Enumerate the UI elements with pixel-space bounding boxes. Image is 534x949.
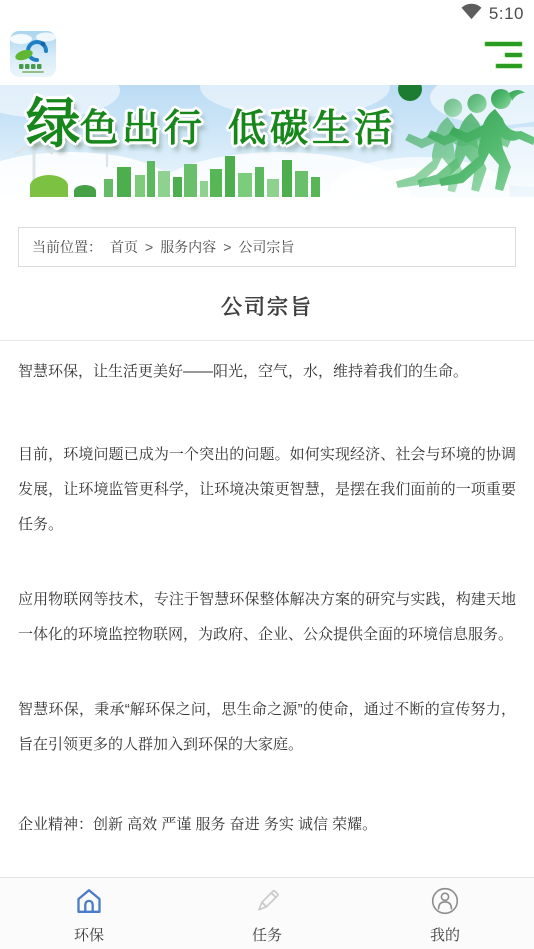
app-header bbox=[0, 28, 534, 85]
tab-wode[interactable]: 我的 bbox=[356, 878, 534, 949]
breadcrumb-home-link[interactable]: 首页 bbox=[110, 237, 138, 257]
status-bar: 5:10 bbox=[0, 0, 534, 28]
hamburger-menu-icon[interactable] bbox=[484, 41, 522, 71]
banner-slogan: 绿色出行 低碳生活 bbox=[26, 97, 396, 151]
bottom-tab-bar: 环保 任务 我的 bbox=[0, 877, 534, 949]
user-icon bbox=[430, 878, 460, 921]
article-paragraph: 目前，环境问题已成为一个突出的问题。如何实现经济、社会与环境的协调发展，让环境监… bbox=[18, 437, 516, 542]
tab-label: 我的 bbox=[430, 924, 460, 945]
app-logo[interactable] bbox=[10, 31, 56, 77]
article-paragraph: 智慧环保，让生活更美好——阳光，空气，水，维持着我们的生命。 bbox=[18, 354, 516, 389]
wifi-icon bbox=[461, 3, 482, 25]
page-title: 公司宗旨 bbox=[0, 293, 534, 323]
slogan-lead-char: 绿 bbox=[26, 97, 80, 151]
breadcrumb-section-link[interactable]: 服务内容 bbox=[160, 237, 216, 257]
article-paragraph: 智慧环保，秉承“解环保之问，思生命之源”的使命，通过不断的宣传努力，旨在引领更多… bbox=[18, 692, 516, 762]
article-paragraph: 企业精神：创新 高效 严谨 服务 奋进 务实 诚信 荣耀。 bbox=[18, 807, 516, 842]
breadcrumb: 当前位置： 首页 > 服务内容 > 公司宗旨 bbox=[18, 227, 516, 267]
article-body: 智慧环保，让生活更美好——阳光，空气，水，维持着我们的生命。 目前，环境问题已成… bbox=[0, 341, 534, 842]
status-time: 5:10 bbox=[489, 4, 524, 24]
breadcrumb-separator: > bbox=[145, 239, 153, 255]
tab-label: 任务 bbox=[252, 924, 282, 945]
tab-label: 环保 bbox=[74, 924, 104, 945]
tab-huanbao[interactable]: 环保 bbox=[0, 878, 178, 949]
slogan-part1: 色出行 bbox=[80, 110, 206, 151]
breadcrumb-current: 公司宗旨 bbox=[238, 237, 294, 257]
article-paragraph: 应用物联网等技术，专注于智慧环保整体解决方案的研究与实践，构建天地一体化的环境监… bbox=[18, 582, 516, 652]
slogan-part2: 低碳生活 bbox=[228, 110, 396, 151]
hero-banner[interactable]: 绿色出行 低碳生活 bbox=[0, 85, 534, 197]
breadcrumb-separator: > bbox=[223, 239, 231, 255]
pencil-icon bbox=[252, 878, 282, 921]
tab-renwu[interactable]: 任务 bbox=[178, 878, 356, 949]
home-icon bbox=[74, 878, 104, 921]
breadcrumb-label: 当前位置： bbox=[32, 237, 102, 257]
